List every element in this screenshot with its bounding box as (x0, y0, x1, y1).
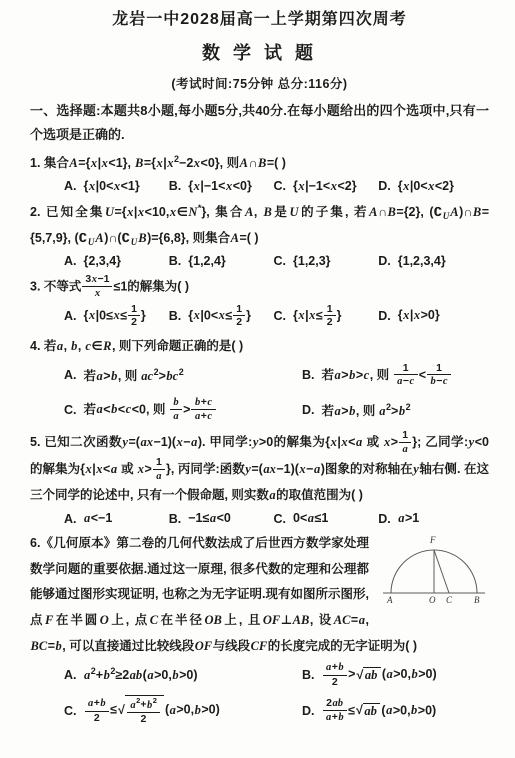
option-label: B. (169, 179, 182, 193)
option-D: D.2aba+b≤√ab(a>0,b>0) (302, 697, 489, 725)
option-text: {x|0<x<1} (84, 179, 140, 194)
option-text: {1,2,3,4} (398, 254, 446, 268)
option-D: D.若a>b, 则 a2>b2 (302, 401, 489, 419)
option-C: C.若a<b<c<0, 则 ba>b+ca+c (64, 396, 302, 424)
option-text: {x|−1<x<2} (293, 179, 357, 194)
option-B: B.{x|−1<x<0} (169, 179, 274, 194)
option-label: D. (378, 512, 391, 526)
option-B: B.{1,2,4} (169, 254, 274, 268)
question-6-stem-text: 6.《几何原本》第二卷的几何代数法成了后世西方数学家处理数学问题的重要依据.通过… (30, 536, 417, 653)
question-4: 4. 若a, b, c∈R, 则下列命题正确的是( ) A.若a>b, 则 ac… (30, 334, 489, 426)
question-6: A O C B F 6.《几何原本》第二卷的几何代数法成了后世西方数学家处理数学… (30, 531, 489, 728)
option-B: B.若a>b>c, 则 1a−c<1b−c (302, 362, 489, 389)
option-label: C. (274, 254, 287, 268)
section-一-intro: 一、选择题:本题共8小题,每小题5分,共40分.在每小题给出的四个选项中,只有一… (30, 99, 489, 147)
option-A: A.a<−1 (64, 511, 169, 526)
option-A: A.{x|0≤x≤12} (64, 303, 169, 329)
question-5-stem: 5. 已知二次函数y=(ax−1)(x−a). 甲同学:y>0的解集为{x|x<… (30, 429, 489, 509)
question-4-options: A.若a>b, 则 ac2>bc2B.若a>b>c, 则 1a−c<1b−cC.… (30, 360, 489, 426)
option-C: C.{x|x≤12} (274, 303, 379, 329)
option-text: {1,2,3} (293, 254, 331, 268)
option-B: B.a+b2>√ab(a>0,b>0) (302, 661, 489, 688)
figure-label-B: B (474, 595, 480, 605)
option-C: C.{x|−1<x<2} (274, 179, 379, 194)
option-C: C.0<a≤1 (274, 511, 379, 526)
option-text: {x|x>0} (398, 308, 440, 323)
option-text: 若a>b>c, 则 1a−c<1b−c (322, 362, 453, 389)
option-text: {x|x≤12} (293, 303, 341, 329)
option-C: C.a+b2≤√a2+b22(a>0,b>0) (64, 695, 302, 726)
option-label: C. (274, 179, 287, 193)
question-6-stem: A O C B F 6.《几何原本》第二卷的几何代数法成了后世西方数学家处理数学… (30, 531, 489, 659)
option-A: A.a2+b2≥2ab(a>0,b>0) (64, 666, 302, 683)
option-label: C. (274, 309, 287, 323)
question-3-options: A.{x|0≤x≤12}B.{x|0<x≤12}C.{x|x≤12}D.{x|x… (30, 301, 489, 331)
question-6-options: A.a2+b2≥2ab(a>0,b>0)B.a+b2>√ab(a>0,b>0)C… (30, 659, 489, 728)
option-text: a2+b2≥2ab(a>0,b>0) (84, 666, 198, 683)
option-label: B. (169, 254, 182, 268)
option-label: D. (302, 704, 315, 718)
option-text: 2aba+b≤√ab(a>0,b>0) (322, 697, 437, 725)
question-2-stem: 2. 已知全集U={x|x<10,x∈N*}, 集合A, B是U的子集, 若A∩… (30, 199, 489, 252)
question-5: 5. 已知二次函数y=(ax−1)(x−a). 甲同学:y>0的解集为{x|x<… (30, 429, 489, 528)
option-text: 若a>b, 则 a2>b2 (322, 401, 411, 419)
option-label: A. (64, 368, 77, 382)
option-text: a+b2≤√a2+b22(a>0,b>0) (84, 695, 220, 726)
exam-subject: 数 学 试 题 (30, 39, 489, 65)
option-label: A. (64, 668, 77, 682)
option-C: C.{1,2,3} (274, 254, 379, 268)
option-A: A.{2,3,4} (64, 254, 169, 268)
figure-label-C: C (446, 595, 453, 605)
question-2-options: A.{2,3,4}B.{1,2,4}C.{1,2,3}D.{1,2,3,4} (30, 252, 489, 270)
question-4-stem: 4. 若a, b, c∈R, 则下列命题正确的是( ) (30, 334, 489, 360)
option-label: D. (378, 179, 391, 193)
question-3: 3. 不等式3x−1x≤1的解集为( ) A.{x|0≤x≤12}B.{x|0<… (30, 273, 489, 331)
question-5-options: A.a<−1B.−1≤a<0C.0<a≤1D.a>1 (30, 509, 489, 528)
figure-label-A: A (386, 595, 393, 605)
semicircle-figure: A O C B F (377, 531, 489, 607)
option-label: B. (169, 512, 182, 526)
option-label: D. (378, 309, 391, 323)
option-label: D. (378, 254, 391, 268)
option-label: B. (169, 309, 182, 323)
option-A: A.{x|0<x<1} (64, 179, 169, 194)
option-text: a>1 (398, 511, 420, 526)
question-1-stem: 1. 集合A={x|x<1}, B={x|x2−2x<0}, 则A∩B=( ) (30, 150, 489, 177)
option-text: 若a<b<c<0, 则 ba>b+ca+c (84, 396, 217, 424)
option-label: D. (302, 403, 315, 417)
figure-label-F: F (429, 535, 436, 545)
option-text: {1,2,4} (188, 254, 226, 268)
option-D: D.a>1 (378, 511, 483, 526)
option-label: C. (64, 704, 77, 718)
question-2: 2. 已知全集U={x|x<10,x∈N*}, 集合A, B是U的子集, 若A∩… (30, 199, 489, 270)
option-text: {x|−1<x<0} (188, 179, 252, 194)
question-1: 1. 集合A={x|x<1}, B={x|x2−2x<0}, 则A∩B=( ) … (30, 150, 489, 196)
option-B: B.−1≤a<0 (169, 511, 274, 526)
exam-paper-page: 龙岩一中2028届高一上学期第四次周考 数 学 试 题 (考试时间:75分钟 总… (0, 0, 515, 758)
option-text: −1≤a<0 (188, 511, 231, 526)
option-label: B. (302, 368, 315, 382)
option-D: D.{1,2,3,4} (378, 254, 483, 268)
option-label: A. (64, 179, 77, 193)
option-label: C. (274, 512, 287, 526)
option-text: {x|0<x≤12} (188, 303, 251, 329)
option-text: {x|0<x<2} (398, 179, 454, 194)
option-A: A.若a>b, 则 ac2>bc2 (64, 366, 302, 384)
option-label: A. (64, 309, 77, 323)
option-B: B.{x|0<x≤12} (169, 303, 274, 329)
exam-info-line: (考试时间:75分钟 总分:116分) (30, 74, 489, 92)
figure-label-O: O (429, 595, 436, 605)
option-text: 若a>b, 则 ac2>bc2 (84, 366, 184, 384)
option-label: C. (64, 403, 77, 417)
option-label: A. (64, 254, 77, 268)
option-D: D.{x|x>0} (378, 308, 483, 323)
semicircle-figure-svg: A O C B F (377, 531, 489, 607)
option-label: A. (64, 512, 77, 526)
option-text: {2,3,4} (84, 254, 122, 268)
exam-title: 龙岩一中2028届高一上学期第四次周考 (30, 10, 489, 31)
question-1-options: A.{x|0<x<1}B.{x|−1<x<0}C.{x|−1<x<2}D.{x|… (30, 177, 489, 196)
question-3-stem: 3. 不等式3x−1x≤1的解集为( ) (30, 273, 489, 301)
option-text: a<−1 (84, 511, 113, 526)
option-text: a+b2>√ab(a>0,b>0) (322, 661, 437, 688)
option-text: {x|0≤x≤12} (84, 303, 146, 329)
option-D: D.{x|0<x<2} (378, 179, 483, 194)
option-label: B. (302, 668, 315, 682)
option-text: 0<a≤1 (293, 511, 328, 526)
